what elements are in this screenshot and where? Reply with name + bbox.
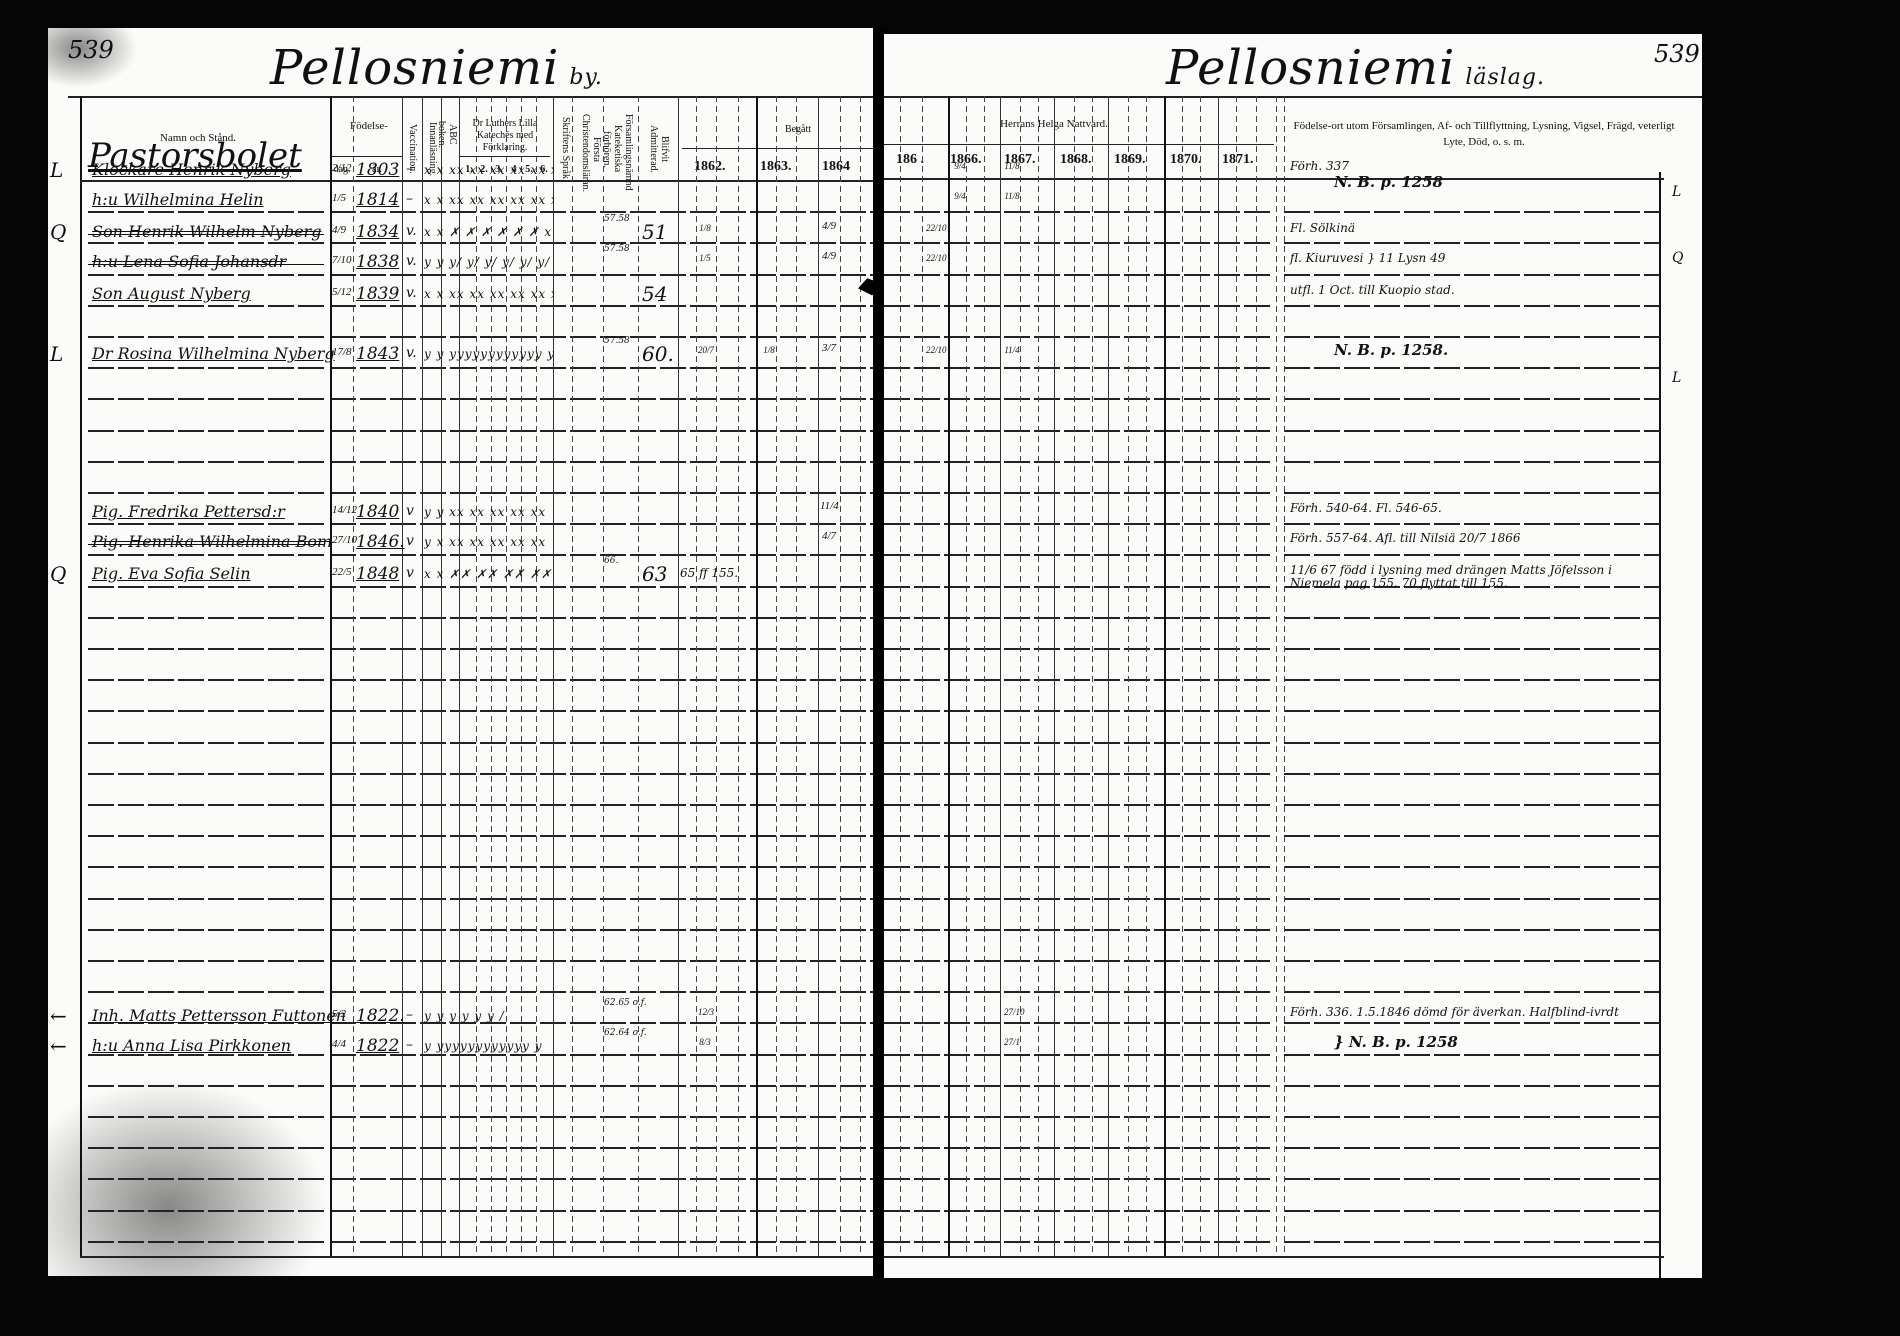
row-rule xyxy=(88,617,324,619)
communion-1864: 11/4 xyxy=(820,502,838,511)
vaccination-mark: v. xyxy=(406,285,417,301)
row-rule xyxy=(1284,492,1660,494)
margin-mark: L xyxy=(1672,370,1681,386)
communion-1862: 12/3 xyxy=(698,1008,712,1017)
left-page: 539 Pellosniemiby. Namn och Stånd. Pasto… xyxy=(48,28,876,1276)
row-rule xyxy=(1284,1085,1660,1087)
row-rule xyxy=(1284,554,1660,556)
header-forsamling: Församlingsnämnd Kateketiska förhören. xyxy=(608,114,634,184)
strikethrough-line xyxy=(88,544,324,545)
catechetical-note: 62.65 o.f. xyxy=(604,998,647,1008)
person-name: h:u Wilhelmina Helin xyxy=(92,190,264,209)
admitted-year: 60. xyxy=(642,342,674,366)
row-rule xyxy=(88,492,324,494)
row-rule xyxy=(88,679,324,681)
communion-mark: 27/10 xyxy=(1004,1008,1020,1017)
page-bottom-rule xyxy=(80,1256,876,1258)
column-rule xyxy=(638,96,639,1256)
row-rule xyxy=(884,960,1274,962)
birth-day: 7/10 xyxy=(332,254,352,266)
vaccination-mark: v xyxy=(406,565,414,581)
column-rule xyxy=(1038,96,1039,1258)
column-rule xyxy=(966,96,967,1258)
catechetical-note: 57.58 xyxy=(604,214,630,224)
row-rule xyxy=(88,554,324,556)
page-bottom-rule xyxy=(884,1256,1664,1258)
header-birth: Födelse- xyxy=(334,120,404,132)
communion-subrule xyxy=(884,144,1274,145)
row-rule xyxy=(1284,617,1660,619)
column-rule xyxy=(506,96,507,1256)
reading-marks: y y yyyyyyyyyyyy y xyxy=(424,347,554,361)
row-rule xyxy=(1284,773,1660,775)
year-1864: 1864 xyxy=(822,159,850,175)
birth-year: 1803 xyxy=(356,160,399,180)
column-rule xyxy=(818,96,819,1256)
remark-text: Förh. 337 xyxy=(1290,160,1349,173)
row-rule xyxy=(88,835,324,837)
person-name: Klockare Henrik Nyberg xyxy=(92,160,291,179)
birth-day: 14/12 xyxy=(332,504,357,516)
birth-year: 1848 xyxy=(356,564,399,584)
column-rule xyxy=(796,96,797,1256)
row-rule xyxy=(88,773,324,775)
row-rule xyxy=(1284,242,1660,244)
vaccination-mark: – xyxy=(406,161,413,177)
column-rule xyxy=(948,96,950,1258)
vaccination-mark: v xyxy=(406,503,414,519)
row-rule xyxy=(88,866,324,868)
remark-text: Förh. 336. 1.5.1846 dömd för äverkan. Ha… xyxy=(1290,1006,1619,1019)
margin-mark: ← xyxy=(50,1034,67,1058)
column-rule xyxy=(1182,96,1183,1258)
birth-day: 17/8 xyxy=(332,346,352,358)
header-remarks: Födelse-ort utom Församlingen, Af- och T… xyxy=(1284,118,1684,150)
reading-marks: y y xx xx xx xx xx xyxy=(424,505,554,519)
year-col-4: 1869. xyxy=(1114,152,1146,168)
right-page: Pellosniemiläslag. 539 Herrans Helga Nat… xyxy=(884,34,1702,1278)
person-name: Dr Rosina Wilhelmina Nyberg xyxy=(92,344,335,363)
row-rule xyxy=(884,648,1274,650)
communion-mark: 9/4 xyxy=(952,192,968,201)
birth-year: 1822 xyxy=(356,1036,399,1056)
row-rule xyxy=(88,523,324,525)
title-suffix: by. xyxy=(569,65,603,90)
page-number: 539 xyxy=(68,36,114,64)
column-rule xyxy=(536,96,537,1256)
person-name: Inh. Matts Pettersson Futtonen xyxy=(92,1006,346,1025)
remark-text: } N. B. p. 1258 xyxy=(1334,1036,1458,1049)
row-rule xyxy=(88,804,324,806)
communion-mark: 11/8 xyxy=(1004,162,1020,171)
column-rule xyxy=(756,96,758,1256)
row-rule xyxy=(884,336,1274,338)
reading-marks: x x xx xx xx xx xx x xyxy=(424,287,554,301)
birth-year: 1838 xyxy=(356,252,399,272)
row-rule xyxy=(884,367,1274,369)
header-bottom-rule xyxy=(884,178,1664,180)
row-rule xyxy=(1284,336,1660,338)
communion-1864: 4/7 xyxy=(820,532,838,541)
year-col-5: 1870. xyxy=(1170,152,1202,168)
column-rule xyxy=(1000,96,1001,1258)
column-rule xyxy=(716,96,717,1256)
reading-marks: y x xx xx xx xx xx xyxy=(424,535,554,549)
row-rule xyxy=(884,1147,1274,1149)
catechetical-note: 57.58 xyxy=(604,244,630,254)
row-rule xyxy=(1284,991,1660,993)
admitted-year: 51 xyxy=(642,220,667,244)
birth-day: 2/12 xyxy=(332,162,352,174)
column-rule xyxy=(1074,96,1075,1258)
reading-marks: x x ✗ ✗ ✗ ✗ ✗ ✗ x xyxy=(424,225,554,239)
row-rule xyxy=(884,305,1274,307)
row-rule xyxy=(88,710,324,712)
strikethrough-line xyxy=(88,264,324,265)
row-rule xyxy=(88,305,324,307)
header-admitted: Blifvit Admitterad. xyxy=(644,114,670,184)
reading-marks: x x xx xx xx xx xx x xyxy=(424,193,554,207)
row-rule xyxy=(88,461,324,463)
year-col-3: 1868. xyxy=(1060,152,1092,168)
column-rule xyxy=(840,96,841,1256)
header-forsta-christendom: Första Christendomsläran. xyxy=(576,114,602,184)
remark-text: N. B. p. 1258 xyxy=(1334,176,1443,189)
row-rule xyxy=(884,742,1274,744)
row-rule xyxy=(884,492,1274,494)
row-rule xyxy=(884,679,1274,681)
person-name: Son August Nyberg xyxy=(92,284,251,303)
birth-year: 1843 xyxy=(356,344,399,364)
birth-day: 22/5 xyxy=(332,566,352,578)
row-rule xyxy=(1284,398,1660,400)
column-rule xyxy=(553,96,554,1256)
page-title: Pellosniemiläslag. xyxy=(1166,40,1545,96)
column-rule xyxy=(441,96,442,1256)
row-rule xyxy=(1284,1116,1660,1118)
column-rule xyxy=(1020,96,1021,1258)
birth-day: 4/9 xyxy=(332,224,346,236)
row-rule xyxy=(1284,1178,1660,1180)
row-rule xyxy=(88,991,324,993)
birth-year: 1822. xyxy=(356,1006,405,1026)
person-name: h:u Anna Lisa Pirkkonen xyxy=(92,1036,291,1055)
row-rule xyxy=(1284,211,1660,213)
admitted-year: 54 xyxy=(642,282,667,306)
row-rule xyxy=(88,211,324,213)
row-rule xyxy=(884,866,1274,868)
row-rule xyxy=(884,617,1274,619)
row-rule xyxy=(884,1210,1274,1212)
row-rule xyxy=(884,991,1274,993)
page-title: Pellosniemiby. xyxy=(270,40,603,96)
birth-year: 1839 xyxy=(356,284,399,304)
vaccination-mark: v. xyxy=(406,253,417,269)
strikethrough-line xyxy=(88,234,324,235)
person-name: Pig. Henrika Wilhelmina Bom xyxy=(92,532,332,551)
column-rule xyxy=(330,96,332,1256)
row-rule xyxy=(1284,1210,1660,1212)
remark-text: utfl. 1 Oct. till Kuopio stad. xyxy=(1290,284,1455,297)
reading-marks: x x xx xx xx xx xx x xyxy=(424,163,554,177)
vaccination-mark: – xyxy=(406,191,413,207)
person-name: Pig. Fredrika Pettersd:r xyxy=(92,502,285,521)
row-rule xyxy=(88,960,324,962)
column-rule xyxy=(900,96,901,1258)
vaccination-mark: v. xyxy=(406,223,417,239)
row-rule xyxy=(884,274,1274,276)
row-rule xyxy=(88,1085,324,1087)
row-rule xyxy=(884,898,1274,900)
row-rule xyxy=(1284,804,1660,806)
margin-mark: L xyxy=(50,342,63,366)
page-left-border xyxy=(80,96,82,1256)
row-rule xyxy=(88,336,324,338)
header-abc: ABC boken. xyxy=(444,114,458,154)
admission-note: 65 ff 155. xyxy=(680,566,738,580)
column-rule xyxy=(860,96,861,1256)
person-name: Son Henrik Wilhelm Nyberg xyxy=(92,222,321,241)
margin-mark: Q xyxy=(50,220,66,244)
row-rule xyxy=(884,710,1274,712)
column-rule xyxy=(422,96,423,1256)
communion-mark: 9/4 xyxy=(952,162,968,171)
row-rule xyxy=(1284,898,1660,900)
remark-text: 11/6 67 född i lysning med drängen Matts… xyxy=(1290,564,1660,590)
village-name: Pellosniemi xyxy=(270,40,559,96)
birth-year: 1846. xyxy=(356,532,405,552)
remark-text: Förh. 557-64. Afl. till Nilsiä 20/7 1866 xyxy=(1290,532,1521,545)
column-rule xyxy=(1128,96,1129,1258)
column-rule xyxy=(1108,96,1109,1258)
column-rule xyxy=(696,96,697,1256)
column-rule xyxy=(1276,96,1277,1258)
row-rule xyxy=(1284,367,1660,369)
communion-mark: 11/8 xyxy=(1004,192,1020,201)
column-rule xyxy=(402,96,403,1256)
communion-1864: 3/7 xyxy=(820,344,838,353)
communion-1862: 1/8 xyxy=(698,224,712,233)
person-name: Pig. Eva Sofia Selin xyxy=(92,564,251,583)
column-rule xyxy=(1284,96,1285,1258)
row-rule xyxy=(884,398,1274,400)
column-rule xyxy=(521,96,522,1256)
catechetical-note: 66. xyxy=(604,556,618,566)
row-rule xyxy=(1284,960,1660,962)
remark-text: Förh. 540-64. Fl. 546-65. xyxy=(1290,502,1442,515)
vaccination-mark: v xyxy=(406,533,414,549)
row-rule xyxy=(884,1085,1274,1087)
village-name: Pellosniemi xyxy=(1166,40,1455,96)
column-rule xyxy=(353,96,354,1256)
column-rule xyxy=(922,96,923,1258)
communion-mark: 27/1 xyxy=(1004,1038,1020,1047)
row-rule xyxy=(1284,461,1660,463)
row-rule xyxy=(1284,742,1660,744)
row-rule xyxy=(884,835,1274,837)
remark-text: fl. Kiuruvesi } 11 Lysn 49 xyxy=(1290,252,1445,265)
row-rule xyxy=(884,554,1274,556)
begatt-subrule xyxy=(682,148,876,149)
remark-text: Fl. Sölkinä xyxy=(1290,222,1355,235)
column-rule xyxy=(776,96,777,1256)
catechetical-note: 57.58 xyxy=(604,336,630,346)
remark-text: N. B. p. 1258. xyxy=(1334,344,1448,357)
margin-mark: L xyxy=(1672,184,1681,200)
margin-mark: Q xyxy=(1672,250,1683,266)
header-top-rule xyxy=(68,96,876,98)
birth-day: 27/10 xyxy=(332,534,357,546)
birth-year: 1814 xyxy=(356,190,399,210)
row-rule xyxy=(884,430,1274,432)
header-scripture: Skriftens Språk. xyxy=(557,114,571,184)
birth-day: 4/4 xyxy=(332,1038,346,1050)
row-rule xyxy=(1284,866,1660,868)
reading-marks: y y y y y y / xyxy=(424,1009,554,1023)
row-rule xyxy=(1284,523,1660,525)
column-rule xyxy=(1256,96,1257,1258)
communion-mark: 11/4 xyxy=(1004,346,1020,355)
communion-1864: 4/9 xyxy=(820,252,838,261)
column-rule xyxy=(1146,96,1147,1258)
row-rule xyxy=(1284,1241,1660,1243)
row-rule xyxy=(88,742,324,744)
row-rule xyxy=(884,1116,1274,1118)
reading-marks: y y y/ y/ y/ y/ y/ y/ xyxy=(424,255,554,269)
margin-mark: ← xyxy=(50,1004,67,1028)
communion-mark: 22/10 xyxy=(926,224,942,233)
communion-1862: 1/5 xyxy=(698,254,712,263)
reading-marks: y yyyyyyyyyyyy y xyxy=(424,1039,554,1053)
column-rule xyxy=(1164,96,1166,1258)
row-rule xyxy=(88,1147,324,1149)
row-rule xyxy=(884,461,1274,463)
header-top-rule xyxy=(884,96,1702,98)
birth-year: 1834 xyxy=(356,222,399,242)
title-suffix: läslag. xyxy=(1465,65,1545,90)
birth-day: 1/5 xyxy=(332,192,346,204)
communion-mark: 22/10 xyxy=(926,346,942,355)
column-rule xyxy=(476,96,477,1256)
column-rule xyxy=(1236,96,1237,1258)
row-rule xyxy=(1284,835,1660,837)
year-col-6: 1871. xyxy=(1222,152,1254,168)
row-rule xyxy=(1284,430,1660,432)
row-rule xyxy=(884,211,1274,213)
birth-year: 1840 xyxy=(356,502,399,522)
row-rule xyxy=(884,1054,1274,1056)
communion-1863: 1/8 xyxy=(762,346,776,355)
row-rule xyxy=(884,1178,1274,1180)
row-rule xyxy=(88,1210,324,1212)
birth-day: 5/2 xyxy=(332,1008,346,1020)
column-rule xyxy=(1218,96,1219,1258)
row-rule xyxy=(1284,648,1660,650)
row-rule xyxy=(884,804,1274,806)
row-rule xyxy=(88,1116,324,1118)
row-rule xyxy=(88,1178,324,1180)
admitted-year: 63 xyxy=(642,562,667,586)
scan-grime xyxy=(48,1078,328,1276)
communion-1862: 8/3 xyxy=(698,1038,712,1047)
row-rule xyxy=(88,1241,324,1243)
person-name: h:u Lena Sofia Johansdr xyxy=(92,252,286,271)
margin-mark: L xyxy=(50,158,63,182)
column-rule xyxy=(603,96,604,1256)
row-rule xyxy=(884,1022,1274,1024)
row-rule xyxy=(1284,305,1660,307)
column-rule xyxy=(459,96,460,1256)
column-rule xyxy=(1092,96,1093,1258)
row-rule xyxy=(1284,1022,1660,1024)
row-rule xyxy=(1284,1147,1660,1149)
row-rule xyxy=(88,242,324,244)
row-rule xyxy=(88,929,324,931)
communion-1862: 20/7 xyxy=(698,346,712,355)
row-rule xyxy=(88,898,324,900)
communion-1864: 4/9 xyxy=(820,222,838,231)
row-rule xyxy=(88,648,324,650)
margin-mark: Q xyxy=(50,562,66,586)
vaccination-mark: – xyxy=(406,1037,413,1053)
column-rule xyxy=(678,96,679,1256)
row-rule xyxy=(884,773,1274,775)
column-rule xyxy=(1200,96,1201,1258)
row-rule xyxy=(1284,679,1660,681)
row-rule xyxy=(884,523,1274,525)
row-rule xyxy=(1284,929,1660,931)
reading-marks: x x ✗✗ ✗✗ ✗✗ ✗✗ x xyxy=(424,567,554,581)
row-rule xyxy=(884,586,1274,588)
vaccination-mark: – xyxy=(406,1007,413,1023)
page-number: 539 xyxy=(1654,40,1700,68)
row-rule xyxy=(884,242,1274,244)
row-rule xyxy=(1284,710,1660,712)
birth-subrule xyxy=(332,156,402,157)
birth-day: 5/12 xyxy=(332,286,352,298)
row-rule xyxy=(1284,1054,1660,1056)
row-rule xyxy=(88,398,324,400)
year-1862: 1862. xyxy=(694,159,726,175)
catechetical-note: 62.64 o.f. xyxy=(604,1028,647,1038)
row-rule xyxy=(1284,274,1660,276)
communion-mark: 22/10 xyxy=(926,254,942,263)
column-rule xyxy=(572,96,573,1256)
row-rule xyxy=(88,586,324,588)
row-rule xyxy=(88,367,324,369)
column-rule xyxy=(491,96,492,1256)
column-rule xyxy=(738,96,739,1256)
row-rule xyxy=(88,430,324,432)
column-rule xyxy=(984,96,985,1258)
row-rule xyxy=(884,1241,1274,1243)
column-rule xyxy=(1054,96,1055,1258)
row-rule xyxy=(884,929,1274,931)
vaccination-mark: v. xyxy=(406,345,417,361)
row-rule xyxy=(88,274,324,276)
